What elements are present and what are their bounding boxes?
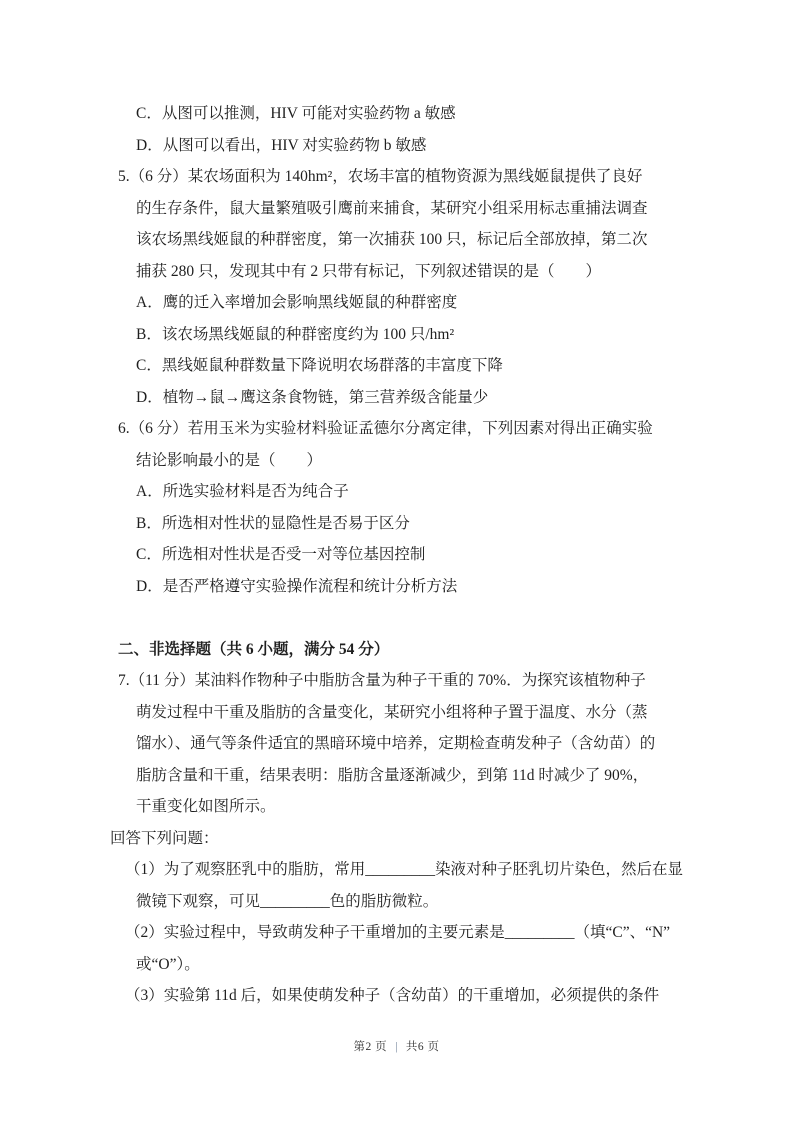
page-content: C．从图可以推测，HIV 可能对实验药物 a 敏感 D．从图可以看出，HIV 对… [110, 98, 778, 1012]
q5-stem-line-2: 的生存条件，鼠大量繁殖吸引鹰前来捕食，某研究小组采用标志重捕法调查 [136, 193, 778, 225]
footer-page-number: 第2 页 [353, 1041, 387, 1053]
q6-option-a: A．所选实验材料是否为纯合子 [136, 476, 778, 508]
q7-stem-line-4: 脂肪含量和干重，结果表明：脂肪含量逐渐减少，到第 11d 时减少了 90%， [136, 760, 778, 792]
q4-option-c: C．从图可以推测，HIV 可能对实验药物 a 敏感 [136, 98, 778, 130]
q6-stem-line-1: 6.（6 分）若用玉米为实验材料验证孟德尔分离定律，下列因素对得出正确实验 [118, 413, 778, 445]
q7-stem-line-1: 7.（11 分）某油料作物种子中脂肪含量为种子干重的 70%．为探究该植物种子 [118, 665, 778, 697]
q6-stem-line-2: 结论影响最小的是（ ） [136, 445, 778, 477]
q5-option-c: C．黑线姬鼠种群数量下降说明农场群落的丰富度下降 [136, 350, 778, 382]
q7-sub2-line-2: 或“O”）。 [136, 949, 778, 981]
q5-option-a: A．鹰的迁入率增加会影响黑线姬鼠的种群密度 [136, 287, 778, 319]
q6-option-b: B．所选相对性状的显隐性是否易于区分 [136, 508, 778, 540]
q7-sub2-line-1: （2）实验过程中，导致萌发种子干重增加的主要元素是_________（填“C”、… [125, 917, 778, 949]
q7-stem-line-3: 馏水）、通气等条件适宜的黑暗环境中培养，定期检查萌发种子（含幼苗）的 [136, 728, 778, 760]
q5-stem-line-3: 该农场黑线姬鼠的种群密度，第一次捕获 100 只，标记后全部放掉，第二次 [136, 224, 778, 256]
q7-sub1-line-2: 微镜下观察，可见_________色的脂肪微粒。 [136, 886, 778, 918]
q4-option-d: D．从图可以看出，HIV 对实验药物 b 敏感 [136, 130, 778, 162]
page-footer: 第2 页|共6 页 [0, 1038, 793, 1054]
q6-option-c: C．所选相对性状是否受一对等位基因控制 [136, 539, 778, 571]
q7-answer-intro: 回答下列问题： [110, 823, 778, 855]
q5-option-b: B．该农场黑线姬鼠的种群密度约为 100 只/hm² [136, 319, 778, 351]
q6-option-d: D．是否严格遵守实验操作流程和统计分析方法 [136, 571, 778, 603]
q5-stem-line-1: 5.（6 分）某农场面积为 140hm²，农场丰富的植物资源为黑线姬鼠提供了良好 [118, 161, 778, 193]
exam-page: C．从图可以推测，HIV 可能对实验药物 a 敏感 D．从图可以看出，HIV 对… [0, 0, 793, 1122]
q7-sub3-line-1: （3）实验第 11d 后，如果使萌发种子（含幼苗）的干重增加，必须提供的条件 [125, 980, 778, 1012]
q5-stem-line-4: 捕获 280 只，发现其中有 2 只带有标记，下列叙述错误的是（ ） [136, 256, 778, 288]
q5-option-d: D．植物→鼠→鹰这条食物链，第三营养级含能量少 [136, 382, 778, 414]
q7-stem-line-2: 萌发过程中干重及脂肪的含量变化，某研究小组将种子置于温度、水分（蒸 [136, 697, 778, 729]
footer-separator: | [395, 1041, 398, 1053]
q7-stem-line-5: 干重变化如图所示。 [136, 791, 778, 823]
q7-sub1-line-1: （1）为了观察胚乳中的脂肪，常用_________染液对种子胚乳切片染色，然后在… [125, 854, 778, 886]
footer-total-pages: 共6 页 [406, 1041, 440, 1053]
section-2-heading: 二、非选择题（共 6 小题，满分 54 分） [118, 634, 778, 666]
